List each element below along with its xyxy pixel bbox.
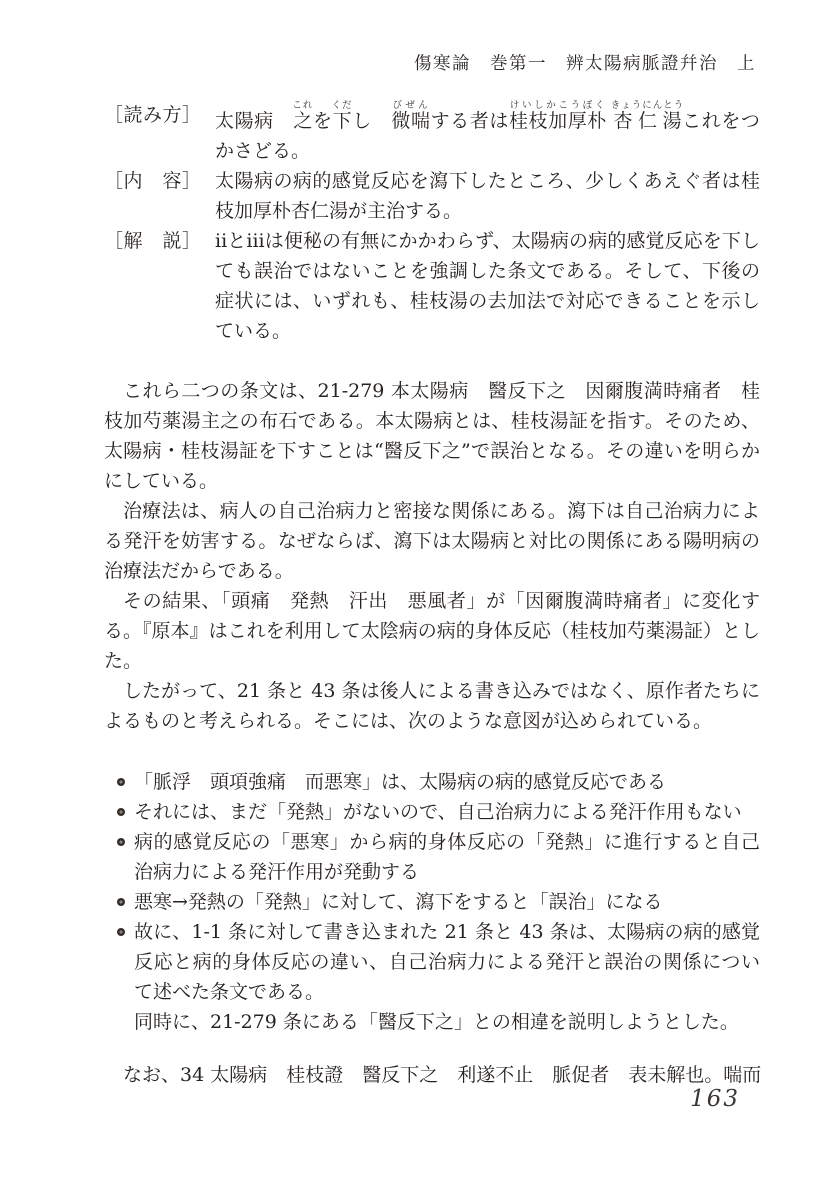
page-content: ［読み方］ 太陽病 之これを下くだし 微喘びぜんする者は桂枝加厚朴けいしかこうぼ… xyxy=(104,100,760,1090)
entry-kaisetsu: ［解 説］ iiとiiiは便秘の有無にかかわらず、太陽病の病的感覚反応を下しても… xyxy=(104,226,760,346)
bullet-icon xyxy=(117,898,125,906)
entry-text-kaisetsu: iiとiiiは便秘の有無にかかわらず、太陽病の病的感覚反応を下しても誤治ではない… xyxy=(215,226,760,346)
bullet-text: 病的感覚反応の「悪寒」から病的身体反応の「発熱」に進行すると自己治病力による発汗… xyxy=(134,827,760,887)
entry-label-yomikata: ［読み方］ xyxy=(104,100,201,130)
entry-yomikata: ［読み方］ 太陽病 之これを下くだし 微喘びぜんする者は桂枝加厚朴けいしかこうぼ… xyxy=(104,100,760,166)
entry-label-kaisetsu: ［解 説］ xyxy=(104,226,201,256)
running-head: 傷寒論 巻第一 辨太陽病脈證幷治 上 xyxy=(414,50,756,75)
bullet-text: 「脈浮 頭項強痛 而悪寒」は、太陽病の病的感覚反応である xyxy=(134,767,760,797)
closing-line: なお、34 太陽病 桂枝證 醫反下之 利遂不止 脈促者 表未解也。喘而 xyxy=(104,1060,760,1090)
bullet-list: 「脈浮 頭項強痛 而悪寒」は、太陽病の病的感覚反応である それには、まだ「発熱」… xyxy=(117,767,760,1037)
paragraph: したがって、21 条と 43 条は後人による書き込みではなく、原作者たちによるも… xyxy=(104,676,760,736)
paragraph: これら二つの条文は、21-279 本太陽病 醫反下之 因爾腹満時痛者 桂枝加芍薬… xyxy=(104,376,760,496)
list-item: 病的感覚反応の「悪寒」から病的身体反応の「発熱」に進行すると自己治病力による発汗… xyxy=(117,827,760,887)
paragraph: 治療法は、病人の自己治病力と密接な関係にある。瀉下は自己治病力による発汗を妨害す… xyxy=(104,496,760,586)
book-page: 傷寒論 巻第一 辨太陽病脈證幷治 上 ［読み方］ 太陽病 之これを下くだし 微喘… xyxy=(0,0,830,1178)
bullet-icon xyxy=(117,838,125,846)
entry-label-naiyo: ［内 容］ xyxy=(104,166,201,196)
body-paragraphs: これら二つの条文は、21-279 本太陽病 醫反下之 因爾腹満時痛者 桂枝加芍薬… xyxy=(104,376,760,736)
bullet-text-extra: 同時に、21-279 条にある「醫反下之」との相違を説明しようとした。 xyxy=(134,1007,760,1037)
list-item: 故に、1-1 条に対して書き込まれた 21 条と 43 条は、太陽病の病的感覚反… xyxy=(117,917,760,1037)
entry-text-naiyo: 太陽病の病的感覚反応を瀉下したところ、少しくあえぐ者は桂枝加厚朴杏仁湯が主治する… xyxy=(215,166,760,226)
bullet-icon xyxy=(117,928,125,936)
bullet-text: それには、まだ「発熱」がないので、自己治病力による発汗作用もない xyxy=(134,797,760,827)
list-item: それには、まだ「発熱」がないので、自己治病力による発汗作用もない xyxy=(117,797,760,827)
bullet-text-main: 故に、1-1 条に対して書き込まれた 21 条と 43 条は、太陽病の病的感覚反… xyxy=(134,917,760,1007)
list-item: 悪寒→発熱の「発熱」に対して、瀉下をすると「誤治」になる xyxy=(117,887,760,917)
page-number: 163 xyxy=(690,1086,740,1112)
bullet-icon xyxy=(117,808,125,816)
bullet-icon xyxy=(117,778,125,786)
bullet-text: 悪寒→発熱の「発熱」に対して、瀉下をすると「誤治」になる xyxy=(134,887,760,917)
paragraph: その結果、「頭痛 発熱 汗出 悪風者」が「因爾腹満時痛者」に変化する。『原本』は… xyxy=(104,586,760,676)
bullet-text: 故に、1-1 条に対して書き込まれた 21 条と 43 条は、太陽病の病的感覚反… xyxy=(134,917,760,1037)
list-item: 「脈浮 頭項強痛 而悪寒」は、太陽病の病的感覚反応である xyxy=(117,767,760,797)
entry-text-yomikata: 太陽病 之これを下くだし 微喘びぜんする者は桂枝加厚朴けいしかこうぼく 杏仁湯き… xyxy=(215,100,760,166)
entry-naiyo: ［内 容］ 太陽病の病的感覚反応を瀉下したところ、少しくあえぐ者は桂枝加厚朴杏仁… xyxy=(104,166,760,226)
